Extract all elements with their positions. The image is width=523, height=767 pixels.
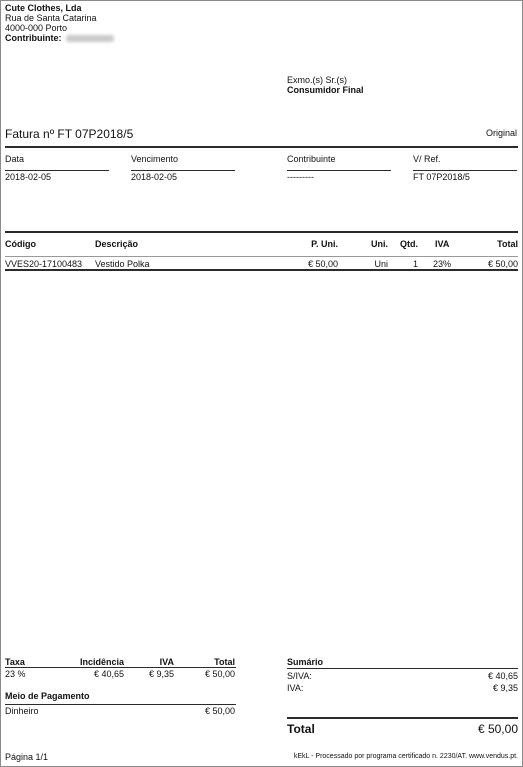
company-tax-id: Contribuinte: [5, 33, 114, 43]
invoice-title: Fatura nº FT 07P2018/5 [5, 127, 133, 141]
company-name: Cute Clothes, Lda [5, 3, 82, 13]
col-unit-price: P. Uni. [311, 239, 338, 249]
company-postal-city: 4000-000 Porto [5, 23, 67, 33]
item-total: € 50,00 [488, 259, 518, 269]
items-bottom-divider [5, 269, 518, 271]
page-number: Página 1/1 [5, 752, 48, 762]
meta-ref-divider [413, 170, 517, 171]
payment-amount: € 50,00 [205, 706, 235, 716]
items-top-divider [5, 231, 518, 233]
tax-total: € 50,00 [205, 669, 235, 679]
tax-rate: 23 % [5, 669, 26, 679]
summary-net-label: S/IVA: [287, 671, 312, 681]
col-total: Total [497, 239, 518, 249]
company-street: Rua de Santa Catarina [5, 13, 97, 23]
payment-title: Meio de Pagamento [5, 691, 90, 701]
col-unit: Uni. [371, 239, 388, 249]
col-vat: IVA [435, 239, 449, 249]
title-divider [5, 146, 518, 148]
summary-vat-label: IVA: [287, 683, 303, 693]
summary-total-value: € 50,00 [478, 722, 518, 736]
recipient-salutation: Exmo.(s) Sr.(s) [287, 75, 347, 85]
item-unit: Uni [374, 259, 388, 269]
item-unit-price: € 50,00 [308, 259, 338, 269]
meta-due-label: Vencimento [131, 154, 178, 164]
col-description: Descrição [95, 239, 138, 249]
payment-method: Dinheiro [5, 706, 39, 716]
meta-taxpayer-label: Contribuinte [287, 154, 336, 164]
tax-vat: € 9,35 [149, 669, 174, 679]
tax-col-vat: IVA [160, 657, 174, 667]
invoice-page: Cute Clothes, Lda Rua de Santa Catarina … [0, 0, 523, 767]
tax-header-divider [5, 667, 236, 668]
tax-base: € 40,65 [94, 669, 124, 679]
col-code: Código [5, 239, 36, 249]
meta-due-divider [131, 170, 235, 171]
copy-label: Original [486, 128, 517, 138]
tax-col-rate: Taxa [5, 657, 25, 667]
redacted-tax-number [66, 35, 114, 42]
meta-taxpayer-divider [287, 170, 391, 171]
meta-taxpayer-value: --------- [287, 172, 314, 182]
summary-total-divider [287, 717, 518, 719]
meta-date-label: Data [5, 154, 24, 164]
items-header-divider [5, 256, 518, 257]
item-qty: 1 [413, 259, 418, 269]
summary-net-value: € 40,65 [488, 671, 518, 681]
meta-ref-value: FT 07P2018/5 [413, 172, 470, 182]
payment-divider [5, 704, 236, 705]
summary-total-label: Total [287, 722, 315, 736]
meta-ref-label: V/ Ref. [413, 154, 441, 164]
company-tax-label: Contribuinte: [5, 33, 62, 43]
meta-date-value: 2018-02-05 [5, 172, 51, 182]
tax-col-base: Incidência [80, 657, 124, 667]
meta-due-value: 2018-02-05 [131, 172, 177, 182]
summary-title: Sumário [287, 657, 323, 667]
meta-date-divider [5, 170, 109, 171]
item-vat: 23% [433, 259, 451, 269]
summary-divider [287, 668, 518, 669]
tax-col-total: Total [214, 657, 235, 667]
recipient-name: Consumidor Final [287, 85, 364, 95]
col-qty: Qtd. [400, 239, 418, 249]
item-code: VVES20-17100483 [5, 259, 82, 269]
summary-vat-value: € 9,35 [493, 683, 518, 693]
certification-note: kEkL - Processado por programa certifica… [294, 753, 518, 761]
item-description: Vestido Polka [95, 259, 150, 269]
